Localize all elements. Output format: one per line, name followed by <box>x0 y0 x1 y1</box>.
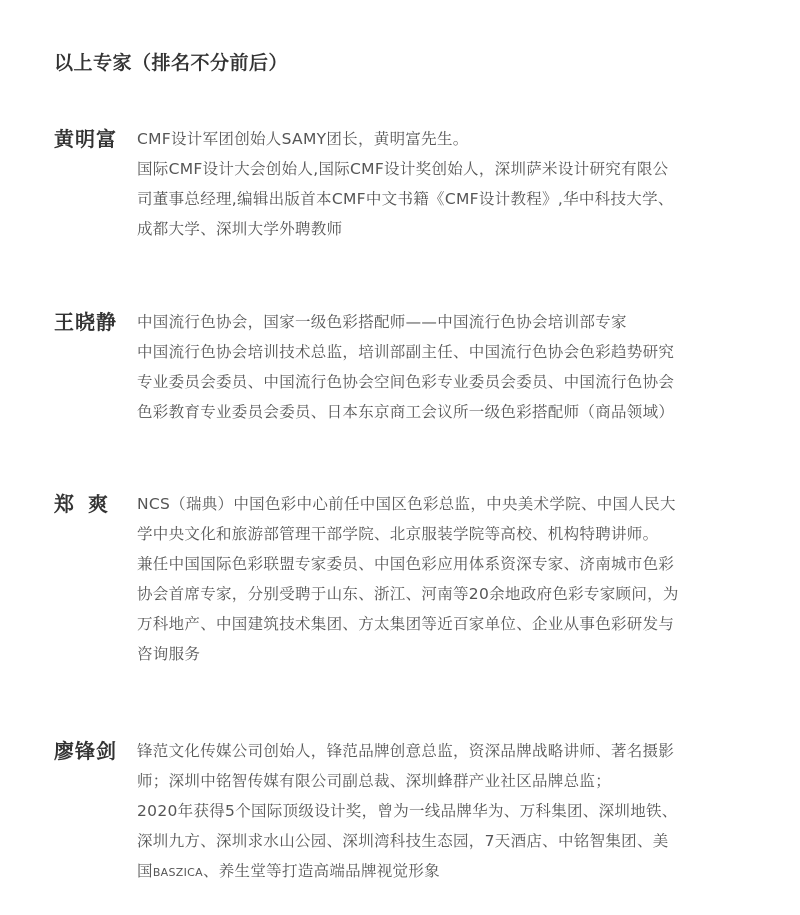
expert-name: 黄明富 <box>54 124 134 154</box>
brand-name: BASZICA <box>153 866 203 879</box>
bio-line: 万科地产、中国建筑技术集团、方太集团等近百家单位、企业从事色彩研发与 <box>137 609 752 639</box>
expert-name: 廖锋剑 <box>54 736 134 766</box>
expert-bio: 中国流行色协会，国家一级色彩搭配师——中国流行色协会培训部专家 中国流行色协会培… <box>137 307 752 427</box>
bio-line: 深圳九方、深圳求水山公园、深圳湾科技生态园，7天酒店、中铭智集团、美 <box>137 826 752 856</box>
bio-line: 协会首席专家，分别受聘于山东、浙江、河南等20余地政府色彩专家顾问，为 <box>137 579 752 609</box>
bio-line: CMF设计军团创始人SAMY团长，黄明富先生。 <box>137 124 752 154</box>
bio-line: 中国流行色协会，国家一级色彩搭配师——中国流行色协会培训部专家 <box>137 307 752 337</box>
expert-name: 王晓静 <box>54 307 134 337</box>
expert-bio: CMF设计军团创始人SAMY团长，黄明富先生。 国际CMF设计大会创始人,国际C… <box>137 124 752 244</box>
bio-line: 中国流行色协会培训技术总监，培训部副主任、中国流行色协会色彩趋势研究 <box>137 337 752 367</box>
bio-line: 司董事总经理,编辑出版首本CMF中文书籍《CMF设计教程》,华中科技大学、 <box>137 184 752 214</box>
bio-line: 学中央文化和旅游部管理干部学院、北京服装学院等高校、机构特聘讲师。 <box>137 519 752 549</box>
bio-line: 成都大学、深圳大学外聘教师 <box>137 214 752 244</box>
expert-name: 郑爽 <box>54 489 134 519</box>
bio-line: 国际CMF设计大会创始人,国际CMF设计奖创始人，深圳萨米设计研究有限公 <box>137 154 752 184</box>
bio-line: 兼任中国国际色彩联盟专家委员、中国色彩应用体系资深专家、济南城市色彩 <box>137 549 752 579</box>
bio-prefix: 国 <box>137 862 153 880</box>
page-title: 以上专家（排名不分前后） <box>54 50 288 76</box>
bio-line-last: 国BASZICA、养生堂等打造高端品牌视觉形象 <box>137 856 752 888</box>
bio-line: NCS（瑞典）中国色彩中心前任中国区色彩总监，中央美术学院、中国人民大 <box>137 489 752 519</box>
bio-suffix: 、养生堂等打造高端品牌视觉形象 <box>203 862 440 880</box>
expert-bio: NCS（瑞典）中国色彩中心前任中国区色彩总监，中央美术学院、中国人民大 学中央文… <box>137 489 752 669</box>
bio-line: 咨询服务 <box>137 639 752 669</box>
bio-line: 师；深圳中铭智传媒有限公司副总裁、深圳蜂群产业社区品牌总监； <box>137 766 752 796</box>
bio-line: 色彩教育专业委员会委员、日本东京商工会议所一级色彩搭配师（商品领域） <box>137 397 752 427</box>
bio-line: 锋范文化传媒公司创始人，锋范品牌创意总监，资深品牌战略讲师、著名摄影 <box>137 736 752 766</box>
bio-line: 专业委员会委员、中国流行色协会空间色彩专业委员会委员、中国流行色协会 <box>137 367 752 397</box>
bio-line: 2020年获得5个国际顶级设计奖，曾为一线品牌华为、万科集团、深圳地铁、 <box>137 796 752 826</box>
expert-bio: 锋范文化传媒公司创始人，锋范品牌创意总监，资深品牌战略讲师、著名摄影 师；深圳中… <box>137 736 752 888</box>
